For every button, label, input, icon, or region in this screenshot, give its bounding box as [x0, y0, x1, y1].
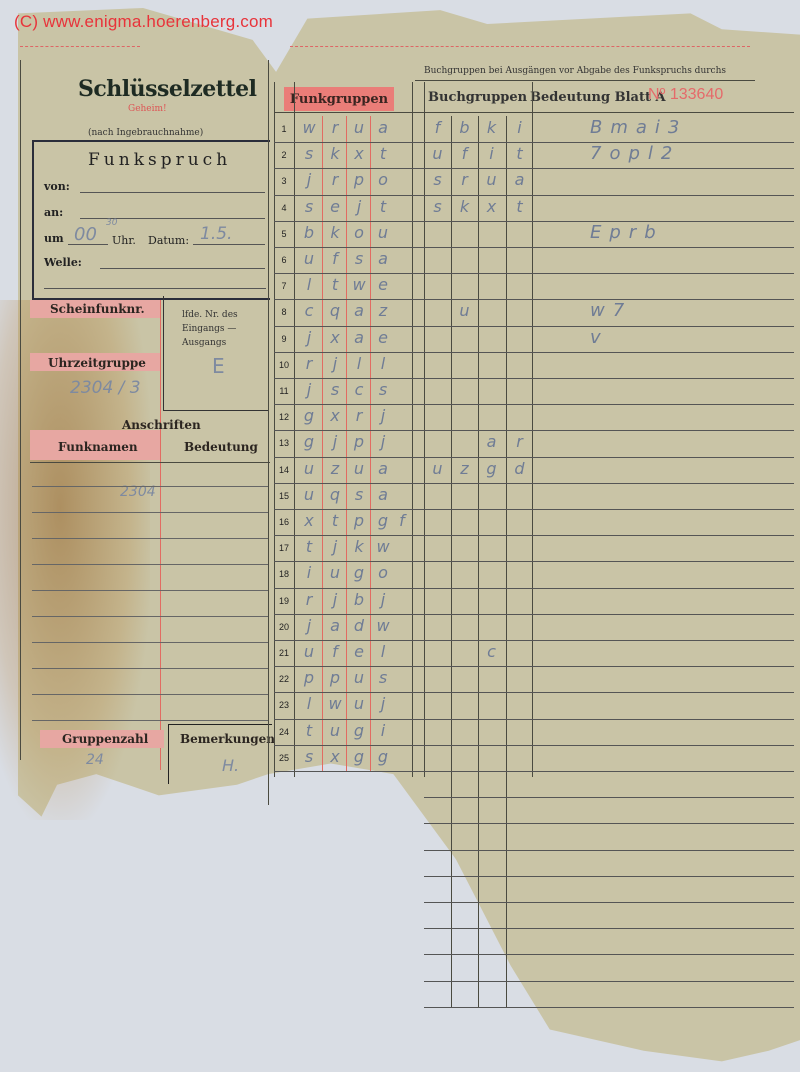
funk-letter: b	[346, 590, 372, 609]
row-number: 19	[274, 596, 294, 606]
row-rule	[424, 928, 794, 929]
meaning-text: Bmai3	[590, 117, 687, 138]
header-rule	[274, 112, 794, 113]
meaning-text: Eprb	[590, 222, 664, 243]
funk-letter: t	[370, 197, 396, 216]
row-rule	[274, 326, 794, 327]
bedeutung-label: Bedeutung	[184, 440, 258, 454]
row-number: 11	[274, 386, 294, 396]
funk-letter: u	[346, 459, 372, 478]
row-rule	[274, 771, 794, 772]
funk-letter: g	[346, 563, 372, 582]
um-minutes: 30	[106, 218, 117, 228]
stub-red-rule	[160, 300, 161, 770]
row-number: 4	[274, 203, 294, 213]
funk-letter: j	[296, 170, 322, 189]
funk-letter: a	[346, 301, 372, 320]
row-rule	[274, 692, 794, 693]
row-rule	[274, 142, 794, 143]
datum-field[interactable]	[193, 244, 265, 245]
funk-letter: j	[370, 694, 396, 713]
funk-letter: s	[370, 380, 396, 399]
row-number: 12	[274, 412, 294, 422]
funk-letter: u	[296, 249, 322, 268]
row-rule	[274, 535, 794, 536]
stub-rule	[32, 590, 268, 591]
funk-letter: s	[296, 747, 322, 766]
funk-letter: p	[296, 668, 322, 687]
stub-rule	[32, 512, 268, 513]
stub-rule	[32, 642, 268, 643]
copyright-watermark: (C) www.enigma.hoerenberg.com	[14, 12, 273, 32]
funk-letter: u	[346, 694, 372, 713]
row-rule	[274, 352, 794, 353]
row-rule	[274, 430, 794, 431]
funk-letter: j	[296, 616, 322, 635]
buch-letter: b	[451, 118, 478, 137]
funk-letter: l	[346, 354, 372, 373]
lfd-label-line1: lfde. Nr. des	[182, 308, 238, 322]
funk-letter: t	[322, 275, 348, 294]
row-rule	[424, 823, 794, 824]
funk-letter: j	[322, 537, 348, 556]
row-number: 22	[274, 674, 294, 684]
gruppenzahl-value: 24	[86, 752, 104, 768]
um-value: 00	[74, 224, 97, 245]
funk-letter: t	[296, 721, 322, 740]
funk-letter: g	[296, 432, 322, 451]
funk-letter: z	[322, 459, 348, 478]
row-number: 7	[274, 281, 294, 291]
row-rule	[274, 666, 794, 667]
funkspruch-heading: Funkspruch	[88, 150, 231, 170]
funk-letter: w	[346, 275, 372, 294]
row-rule	[424, 981, 794, 982]
funk-letter: w	[370, 616, 396, 635]
datum-value: 1.5.	[200, 224, 232, 244]
row-rule	[274, 457, 794, 458]
lfd-box-bottom	[163, 410, 269, 411]
uhrzeitgruppe-label: Uhrzeitgruppe	[48, 356, 146, 370]
funk-letter: r	[296, 590, 322, 609]
funk-letter: p	[322, 668, 348, 687]
row-number: 23	[274, 700, 294, 710]
bemerkungen-value: H.	[222, 756, 239, 775]
funk-letter: j	[346, 197, 372, 216]
funk-letter: o	[370, 170, 396, 189]
um-label: um	[44, 232, 64, 245]
funk-letter: w	[370, 537, 396, 556]
funk-letter: x	[322, 406, 348, 425]
funk-letter: r	[346, 406, 372, 425]
buch-letter: t	[506, 144, 533, 163]
buch-letter: a	[506, 170, 533, 189]
an-label: an:	[44, 206, 63, 219]
datum-label: Datum:	[148, 234, 189, 247]
funk-letter: j	[370, 590, 396, 609]
stub-rule	[32, 694, 268, 695]
row-number: 8	[274, 307, 294, 317]
buch-letter: k	[478, 118, 505, 137]
funk-letter: e	[370, 275, 396, 294]
row-number: 1	[274, 124, 294, 134]
top-note: Buchgruppen bei Ausgängen vor Abgabe des…	[424, 66, 726, 76]
buch-letter: z	[451, 459, 478, 478]
funk-letter: r	[322, 118, 348, 137]
buch-letter: c	[478, 642, 505, 661]
row-number: 21	[274, 648, 294, 658]
row-number: 2	[274, 150, 294, 160]
anschriften-label: Anschriften	[122, 418, 201, 432]
funk-letter: w	[296, 118, 322, 137]
funk-letter: e	[346, 642, 372, 661]
perforation-line	[290, 46, 750, 47]
lfd-label: lfde. Nr. des Eingangs — Ausgangs	[182, 308, 238, 350]
funk-letter: i	[296, 563, 322, 582]
row-rule	[274, 168, 794, 169]
funk-letter: e	[322, 197, 348, 216]
funk-letter: a	[370, 118, 396, 137]
funk-letter: t	[322, 511, 348, 530]
buch-letter: x	[478, 197, 505, 216]
row-number: 15	[274, 491, 294, 501]
lfd-box-edge	[163, 296, 164, 410]
funk-letter: u	[370, 223, 396, 242]
row-rule	[274, 614, 794, 615]
funk-letter: l	[296, 694, 322, 713]
lfd-label-line2: Eingangs —	[182, 322, 238, 336]
row-number: 6	[274, 255, 294, 265]
funk-letter: u	[346, 118, 372, 137]
funk-letter: g	[370, 747, 396, 766]
buch-letter: r	[451, 170, 478, 189]
funk-letter: t	[296, 537, 322, 556]
row-rule	[274, 195, 794, 196]
funk-letter: c	[296, 301, 322, 320]
funk-letter: u	[296, 642, 322, 661]
stub-rule	[32, 720, 268, 721]
funknamen-label: Funknamen	[58, 440, 138, 454]
buchgruppen-header: Buchgruppen	[428, 90, 527, 105]
row-rule	[274, 561, 794, 562]
funk-letter: o	[346, 223, 372, 242]
row-rule	[274, 509, 794, 510]
buch-letter: g	[478, 459, 505, 478]
buch-letter: s	[424, 170, 451, 189]
funk-letter: g	[370, 511, 396, 530]
funk-letter: s	[322, 380, 348, 399]
funk-letter: a	[346, 328, 372, 347]
funk-letter: q	[322, 301, 348, 320]
funk-letter: s	[346, 485, 372, 504]
funk-letter: p	[346, 432, 372, 451]
funk-letter: f	[322, 249, 348, 268]
stub-rule	[32, 486, 268, 487]
funk-letter: q	[322, 485, 348, 504]
buch-letter: u	[424, 144, 451, 163]
classification-stamp: Geheim!	[128, 104, 167, 114]
bemerkungen-top	[168, 724, 272, 725]
funk-letter: j	[322, 432, 348, 451]
funk-letter: s	[296, 197, 322, 216]
row-rule	[424, 954, 794, 955]
row-number: 24	[274, 727, 294, 737]
row-rule	[274, 745, 794, 746]
funk-letter: c	[346, 380, 372, 399]
funk-letter: z	[370, 301, 396, 320]
funk-letter: j	[322, 590, 348, 609]
uhrzeitgruppe-value: 2304 / 3	[70, 378, 141, 398]
stub-rule	[32, 538, 268, 539]
funk-letter: j	[296, 328, 322, 347]
row-rule	[424, 1007, 794, 1008]
funk-letter: j	[370, 406, 396, 425]
row-rule	[274, 247, 794, 248]
row-number: 17	[274, 543, 294, 553]
funk-letter: g	[346, 721, 372, 740]
funk-letter: b	[296, 223, 322, 242]
form-title: Schlüsselzettel	[78, 76, 256, 102]
funk-letter: j	[296, 380, 322, 399]
funk-letter: k	[322, 223, 348, 242]
stub-rule	[32, 616, 268, 617]
row-rule	[274, 404, 794, 405]
funk-letter: k	[346, 537, 372, 556]
row-number: 25	[274, 753, 294, 763]
funk-letter: t	[370, 144, 396, 163]
row-number: 13	[274, 438, 294, 448]
funk-letter: p	[346, 511, 372, 530]
form-subtitle: (nach Ingebrauchnahme)	[88, 128, 203, 138]
welle-field[interactable]	[100, 268, 265, 269]
serial-number: Nº 133640	[648, 86, 723, 104]
gruppenzahl-label: Gruppenzahl	[62, 732, 148, 746]
buch-letter: a	[478, 432, 505, 451]
buch-letter: t	[506, 197, 533, 216]
scheinfunknr-label: Scheinfunknr.	[50, 302, 145, 316]
funk-letter: s	[296, 144, 322, 163]
anschriften-rule	[30, 462, 270, 463]
funk-letter: k	[322, 144, 348, 163]
perforation-line	[20, 46, 140, 47]
funk-letter: l	[370, 354, 396, 373]
funk-letter: x	[346, 144, 372, 163]
funk-letter: x	[322, 747, 348, 766]
row-rule	[274, 588, 794, 589]
lfd-label-line3: Ausgangs	[182, 336, 238, 350]
funk-letter: u	[296, 485, 322, 504]
row-rule	[424, 850, 794, 851]
funk-letter: u	[346, 668, 372, 687]
row-rule	[274, 483, 794, 484]
funk-letter: f	[322, 642, 348, 661]
funk-letter: x	[322, 328, 348, 347]
lfd-value: E	[212, 354, 225, 378]
uhr-label: Uhr.	[112, 234, 136, 247]
funk-letter: j	[370, 432, 396, 451]
welle-label: Welle:	[44, 256, 82, 269]
meaning-text: 7opl2	[590, 143, 680, 164]
buch-letter: i	[478, 144, 505, 163]
buch-letter: u	[478, 170, 505, 189]
meaning-text: w7	[590, 300, 632, 321]
bemerkungen-edge	[168, 724, 169, 784]
funk-letter: u	[296, 459, 322, 478]
funk-letter: r	[296, 354, 322, 373]
buch-letter: u	[451, 301, 478, 320]
row-rule	[274, 378, 794, 379]
row-rule	[424, 902, 794, 903]
stub-rule	[32, 668, 268, 669]
funk-letter: s	[346, 249, 372, 268]
funk-letter: f	[394, 511, 410, 530]
bemerkungen-label: Bemerkungen	[180, 732, 275, 746]
funk-letter: u	[322, 721, 348, 740]
stub-rule	[32, 564, 268, 565]
funk-letter: a	[322, 616, 348, 635]
row-number: 20	[274, 622, 294, 632]
funk-letter: l	[296, 275, 322, 294]
funk-letter: a	[370, 459, 396, 478]
meaning-text: v	[590, 327, 609, 348]
row-rule	[274, 273, 794, 274]
funk-letter: g	[296, 406, 322, 425]
funk-letter: r	[322, 170, 348, 189]
row-rule	[274, 719, 794, 720]
row-number: 16	[274, 517, 294, 527]
funk-letter: a	[370, 249, 396, 268]
extra-line	[44, 288, 266, 289]
buch-letter: i	[506, 118, 533, 137]
funk-letter: p	[346, 170, 372, 189]
funk-letter: d	[346, 616, 372, 635]
funk-letter: l	[370, 642, 396, 661]
row-number: 18	[274, 569, 294, 579]
funk-letter: u	[322, 563, 348, 582]
top-note-rule	[415, 80, 755, 81]
row-rule	[424, 876, 794, 877]
funk-letter: o	[370, 563, 396, 582]
row-number: 10	[274, 360, 294, 370]
buch-letter: d	[506, 459, 533, 478]
von-field[interactable]	[80, 192, 265, 193]
funk-letter: g	[346, 747, 372, 766]
buch-letter: r	[506, 432, 533, 451]
buch-letter: k	[451, 197, 478, 216]
von-label: von:	[44, 180, 70, 193]
funk-letter: x	[296, 511, 322, 530]
funk-letter: e	[370, 328, 396, 347]
stub-edge	[20, 60, 21, 760]
funk-letter: w	[322, 694, 348, 713]
funk-letter: i	[370, 721, 396, 740]
funkgruppen-header: Funkgruppen	[284, 87, 394, 111]
row-number: 3	[274, 176, 294, 186]
row-rule	[274, 640, 794, 641]
buch-letter: f	[424, 118, 451, 137]
funk-letter: a	[370, 485, 396, 504]
row-number: 5	[274, 229, 294, 239]
buch-letter: f	[451, 144, 478, 163]
buch-letter: s	[424, 197, 451, 216]
row-number: 9	[274, 334, 294, 344]
row-rule	[274, 221, 794, 222]
buch-letter: u	[424, 459, 451, 478]
stub-separator	[268, 60, 269, 805]
funk-letter: j	[322, 354, 348, 373]
row-rule	[274, 299, 794, 300]
bedeutung-blatt-header: Bedeutung Blatt A	[530, 90, 666, 105]
funk-letter: s	[370, 668, 396, 687]
row-rule	[424, 797, 794, 798]
row-number: 14	[274, 465, 294, 475]
